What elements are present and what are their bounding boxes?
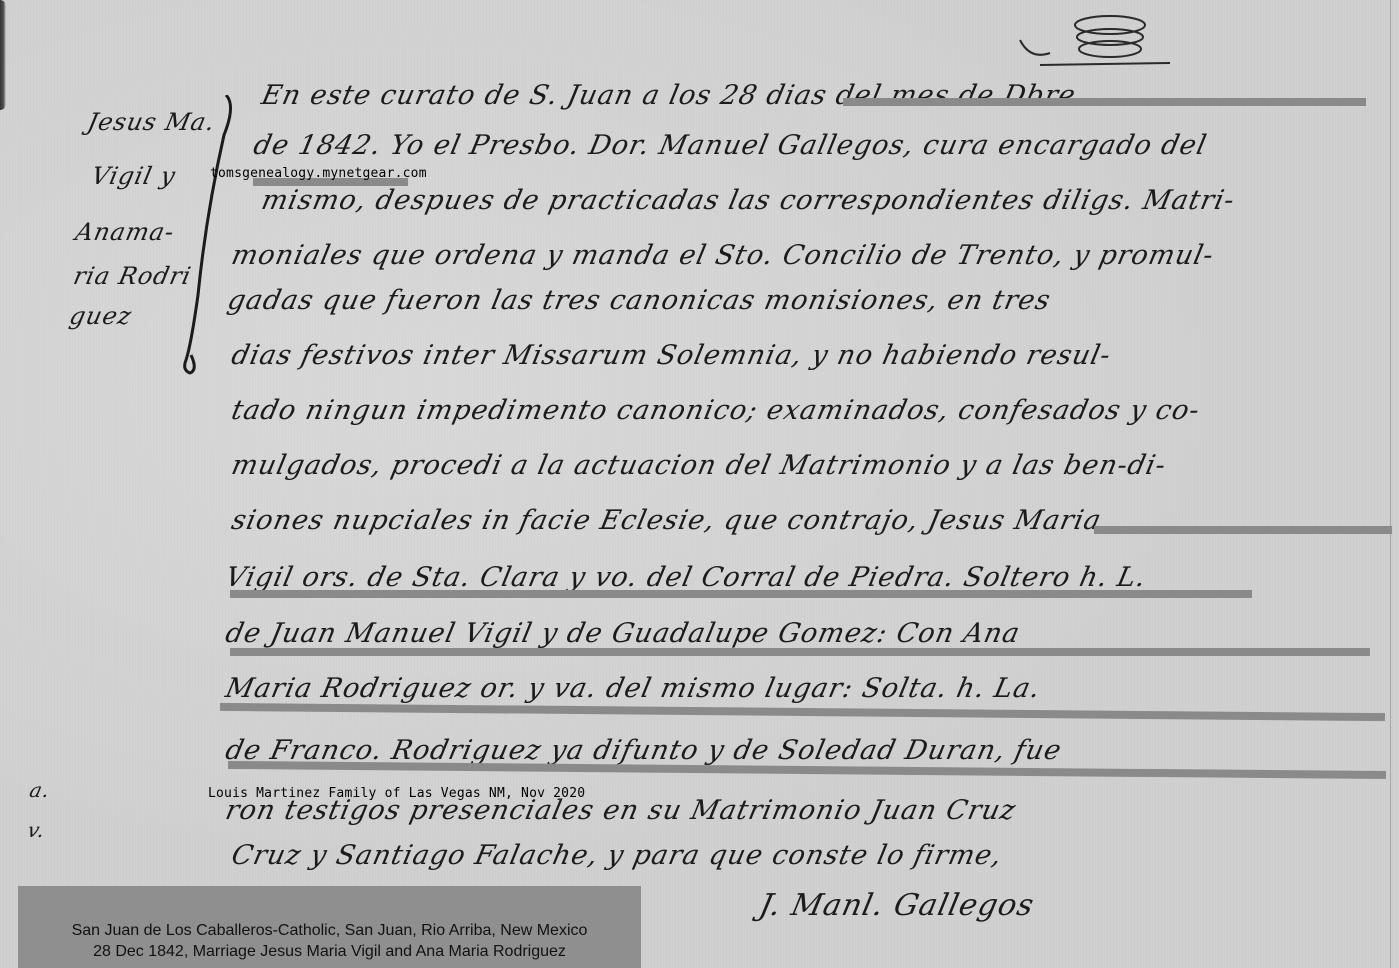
handwritten-line-4: moniales que ordena y manda el Sto. Conc… <box>229 240 1217 271</box>
highlight-bar-date <box>843 98 1366 106</box>
record-caption-box: San Juan de Los Caballeros-Catholic, San… <box>18 886 641 968</box>
highlight-bar-groom-name <box>1094 526 1392 534</box>
handwritten-line-1: En este curato de S. Juan a los 28 dias … <box>259 80 1089 111</box>
handwritten-line-2: de 1842. Yo el Presbo. Dor. Manuel Galle… <box>251 130 1210 161</box>
page-margin-rule <box>1390 0 1391 968</box>
handwritten-line-7: tado ningun impedimento canonico; examin… <box>229 395 1203 426</box>
handwritten-line-5: gadas que fueron las tres canonicas moni… <box>225 285 1054 316</box>
lower-margin-mark-1: a. <box>27 778 52 802</box>
margin-note-line-3: Anama- <box>73 218 177 246</box>
margin-note-line-2: Vigil y <box>89 162 178 190</box>
credit-watermark: Louis Martinez Family of Las Vegas NM, N… <box>208 786 585 801</box>
previous-signature-flourish <box>1000 5 1200 75</box>
highlight-bar-groom-origin <box>230 590 1252 598</box>
document-scan: Jesus Ma. Vigil y Anama- ria Rodri guez … <box>0 0 1399 968</box>
lower-margin-mark-2: v. <box>25 818 47 842</box>
highlight-bar-groom-parents <box>230 648 1370 656</box>
margin-note-line-5: guez <box>67 302 135 330</box>
site-watermark: tomsgenealogy.mynetgear.com <box>210 166 427 181</box>
binding-edge-shadow <box>0 0 6 110</box>
handwritten-line-15: Cruz y Santiago Falache, y para que cons… <box>229 840 1006 871</box>
handwritten-line-3: mismo, despues de practicadas las corres… <box>259 185 1238 216</box>
priest-signature: J. Manl. Gallegos <box>756 888 1037 923</box>
handwritten-line-6: dias festivos inter Missarum Solemnia, y… <box>229 340 1114 371</box>
caption-line-location: San Juan de Los Caballeros-Catholic, San… <box>72 920 588 941</box>
caption-line-event: 28 Dec 1842, Marriage Jesus Maria Vigil … <box>93 941 566 962</box>
handwritten-line-10: Vigil ors. de Sta. Clara y vo. del Corra… <box>223 562 1150 593</box>
handwritten-line-12: Maria Rodriguez or. y va. del mismo luga… <box>223 673 1044 704</box>
handwritten-line-9: siones nupciales in facie Eclesie, que c… <box>229 505 1105 536</box>
handwritten-line-11: de Juan Manuel Vigil y de Guadalupe Gome… <box>223 618 1023 649</box>
highlight-bar-bride <box>220 703 1385 721</box>
handwritten-line-8: mulgados, procedi a la actuacion del Mat… <box>229 450 1170 481</box>
margin-bracket-stroke <box>176 95 236 375</box>
